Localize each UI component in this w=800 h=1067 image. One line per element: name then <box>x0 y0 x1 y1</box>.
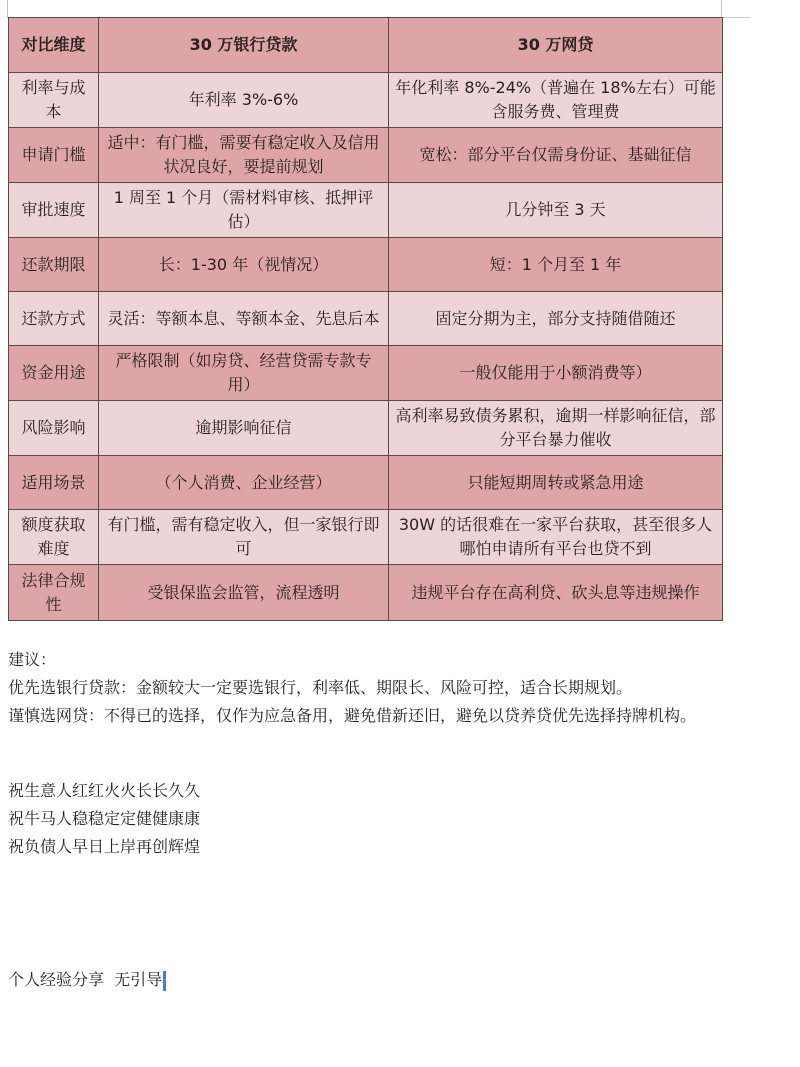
advice-bank: 优先选银行贷款：金额较大一定要选银行，利率低、期限长、风险可控，适合长期规划。 <box>8 674 788 702</box>
row-online-value: 只能短期周转或紧急用途 <box>389 456 723 510</box>
table-row: 适用场景 （个人消费、企业经营） 只能短期周转或紧急用途 <box>9 456 723 510</box>
row-online-value: 固定分期为主，部分支持随借随还 <box>389 292 723 346</box>
table-header-row: 对比维度 30 万银行贷款 30 万网贷 <box>9 18 723 73</box>
table-row: 审批速度 1 周至 1 个月（需材料审核、抵押评估） 几分钟至 3 天 <box>9 183 723 238</box>
blessing-line: 祝生意人红红火火长长久久 <box>8 777 200 805</box>
row-bank-value: 有门槛，需有稳定收入，但一家银行即可 <box>99 510 389 565</box>
blessing-line: 祝牛马人稳稳定定健健康康 <box>8 805 200 833</box>
row-dimension: 利率与成本 <box>9 73 99 128</box>
row-dimension: 额度获取难度 <box>9 510 99 565</box>
row-dimension: 适用场景 <box>9 456 99 510</box>
row-online-value: 30W 的话很难在一家平台获取，甚至很多人哪怕申请所有平台也贷不到 <box>389 510 723 565</box>
table-row: 额度获取难度 有门槛，需有稳定收入，但一家银行即可 30W 的话很难在一家平台获… <box>9 510 723 565</box>
row-dimension: 还款方式 <box>9 292 99 346</box>
text-cursor <box>163 971 166 991</box>
row-dimension: 还款期限 <box>9 238 99 292</box>
blessings-section: 祝生意人红红火火长长久久 祝牛马人稳稳定定健健康康 祝负债人早日上岸再创辉煌 <box>8 777 200 861</box>
row-online-value: 几分钟至 3 天 <box>389 183 723 238</box>
row-bank-value: （个人消费、企业经营） <box>99 456 389 510</box>
row-bank-value: 适中：有门槛，需要有稳定收入及信用状况良好，要提前规划 <box>99 128 389 183</box>
advice-heading: 建议： <box>8 646 788 674</box>
blessing-line: 祝负债人早日上岸再创辉煌 <box>8 833 200 861</box>
table-row: 资金用途 严格限制（如房贷、经营贷需专款专用） 一般仅能用于小额消费等） <box>9 346 723 401</box>
row-online-value: 宽松：部分平台仅需身份证、基础征信 <box>389 128 723 183</box>
row-bank-value: 灵活：等额本息、等额本金、先息后本 <box>99 292 389 346</box>
advice-online: 谨慎选网贷：不得已的选择，仅作为应急备用，避免借新还旧，避免以贷养贷优先选择持牌… <box>8 702 788 730</box>
row-bank-value: 受银保监会监管，流程透明 <box>99 565 389 621</box>
page-edge-right <box>721 0 722 18</box>
page-edge-right-horizontal <box>722 17 750 18</box>
row-dimension: 申请门槛 <box>9 128 99 183</box>
advice-section: 建议： 优先选银行贷款：金额较大一定要选银行，利率低、期限长、风险可控，适合长期… <box>8 646 788 730</box>
row-dimension: 法律合规性 <box>9 565 99 621</box>
table-row: 法律合规性 受银保监会监管，流程透明 违规平台存在高利贷、砍头息等违规操作 <box>9 565 723 621</box>
row-online-value: 短：1 个月至 1 年 <box>389 238 723 292</box>
row-dimension: 风险影响 <box>9 401 99 456</box>
row-online-value: 年化利率 8%-24%（普遍在 18%左右）可能含服务费、管理费 <box>389 73 723 128</box>
page-edge-left <box>7 0 8 18</box>
row-dimension: 资金用途 <box>9 346 99 401</box>
footer-text: 个人经验分享 无引导 <box>8 970 162 989</box>
table-row: 申请门槛 适中：有门槛，需要有稳定收入及信用状况良好，要提前规划 宽松：部分平台… <box>9 128 723 183</box>
row-online-value: 高利率易致债务累积，逾期一样影响征信，部分平台暴力催收 <box>389 401 723 456</box>
table-row: 利率与成本 年利率 3%-6% 年化利率 8%-24%（普遍在 18%左右）可能… <box>9 73 723 128</box>
header-online-loan: 30 万网贷 <box>389 18 723 73</box>
row-bank-value: 1 周至 1 个月（需材料审核、抵押评估） <box>99 183 389 238</box>
row-bank-value: 年利率 3%-6% <box>99 73 389 128</box>
header-dimension: 对比维度 <box>9 18 99 73</box>
comparison-table: 对比维度 30 万银行贷款 30 万网贷 利率与成本 年利率 3%-6% 年化利… <box>8 17 723 621</box>
row-online-value: 一般仅能用于小额消费等） <box>389 346 723 401</box>
table-row: 风险影响 逾期影响征信 高利率易致债务累积，逾期一样影响征信，部分平台暴力催收 <box>9 401 723 456</box>
footer-note[interactable]: 个人经验分享 无引导 <box>8 966 166 994</box>
row-bank-value: 严格限制（如房贷、经营贷需专款专用） <box>99 346 389 401</box>
row-dimension: 审批速度 <box>9 183 99 238</box>
row-bank-value: 逾期影响征信 <box>99 401 389 456</box>
table-row: 还款期限 长：1-30 年（视情况） 短：1 个月至 1 年 <box>9 238 723 292</box>
row-online-value: 违规平台存在高利贷、砍头息等违规操作 <box>389 565 723 621</box>
table-row: 还款方式 灵活：等额本息、等额本金、先息后本 固定分期为主，部分支持随借随还 <box>9 292 723 346</box>
header-bank-loan: 30 万银行贷款 <box>99 18 389 73</box>
row-bank-value: 长：1-30 年（视情况） <box>99 238 389 292</box>
